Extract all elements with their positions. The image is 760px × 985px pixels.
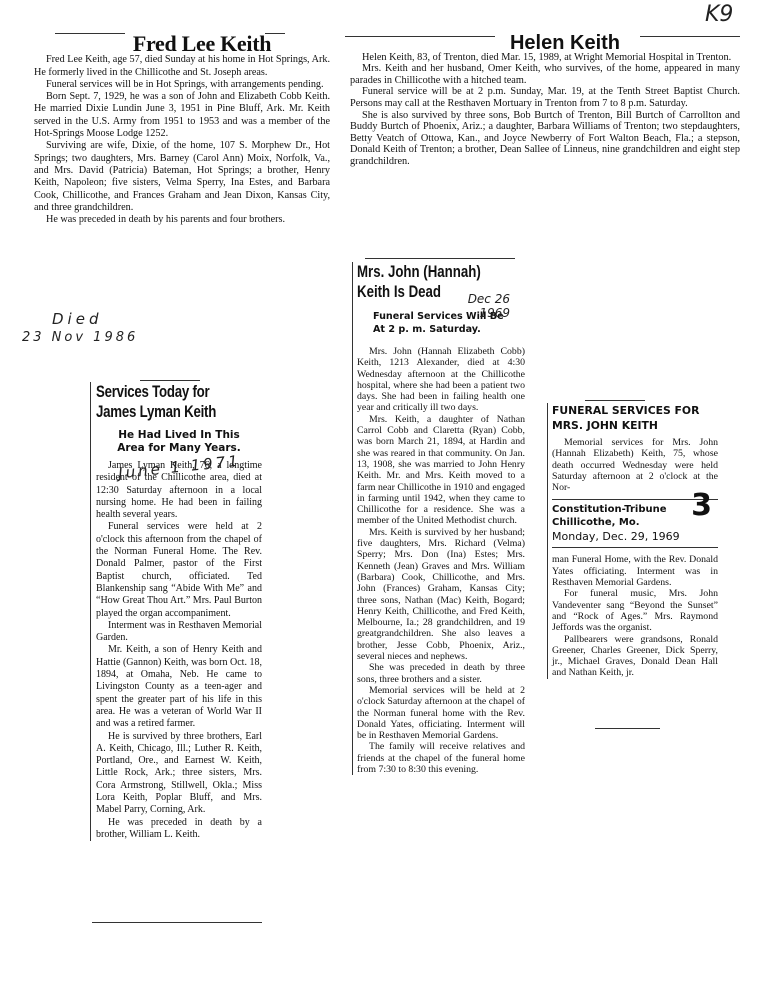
divider (640, 36, 740, 37)
paragraph: Pallbearers were grandsons, Ronald Green… (552, 634, 718, 679)
divider (140, 380, 200, 381)
paragraph: Mrs. John (Hannah Elizabeth Cobb) Keith,… (357, 346, 525, 414)
headline-line-1: Services Today for (96, 382, 225, 402)
paragraph: Funeral services were held at 2 o'clock … (96, 521, 262, 619)
paragraph: Surviving are wife, Dixie, of the home, … (34, 140, 330, 214)
subheadline-line-2: At 2 p. m. Saturday. (373, 323, 525, 336)
handwritten-note-date: 23 Nov 1986 (22, 330, 138, 345)
article-funeral-services-mrs-john-keith: FUNERAL SERVICES FOR MRS. JOHN KEITH Mem… (547, 403, 718, 679)
paragraph: She is also survived by three sons, Bob … (350, 110, 740, 168)
paragraph: Interment was in Resthaven Memorial Gard… (96, 620, 262, 645)
headline: Helen Keith (390, 38, 740, 50)
divider (365, 258, 515, 259)
divider (92, 922, 262, 923)
handwritten-note-date: Dec 26 1969 (450, 292, 510, 320)
paragraph: Mr. Keith, a son of Henry Keith and Hatt… (96, 644, 262, 730)
paragraph: The family will receive relatives and fr… (357, 741, 525, 775)
paragraph: Born Sept. 7, 1929, he was a son of John… (34, 91, 330, 140)
obituary-hannah-keith: Mrs. John (Hannah) Keith Is Dead Funeral… (352, 262, 525, 775)
paragraph: Mrs. Keith is survived by her husband; f… (357, 527, 525, 663)
divider (595, 728, 660, 729)
headline-line-1: Mrs. John (Hannah) (357, 262, 488, 282)
paragraph: Memorial services will be held at 2 o'cl… (357, 685, 525, 741)
paragraph: Mrs. Keith and her husband, Omer Keith, … (350, 63, 740, 86)
divider (345, 36, 495, 37)
paragraph: He was preceded in death by his parents … (34, 214, 330, 226)
newspaper-date: Monday, Dec. 29, 1969 (552, 529, 718, 544)
paragraph: He is survived by three brothers, Earl A… (96, 731, 262, 817)
newspaper-masthead: Constitution-Tribune Chillicothe, Mo. Mo… (552, 499, 718, 548)
paragraph: Helen Keith, 83, of Trenton, died Mar. 1… (350, 52, 740, 64)
obituary-fred-lee-keith: Fred Lee Keith Fred Lee Keith, age 57, d… (34, 38, 330, 226)
divider (55, 33, 125, 34)
page-number: 3 (691, 500, 712, 511)
headline: Fred Lee Keith (74, 38, 330, 50)
paragraph: Funeral service will be at 2 p.m. Sunday… (350, 86, 740, 109)
headline-line-2: MRS. JOHN KEITH (552, 418, 718, 433)
divider (585, 400, 645, 401)
handwritten-note-died: Died (52, 310, 102, 328)
paragraph: Fred Lee Keith, age 57, died Sunday at h… (34, 54, 330, 79)
obituary-james-lyman-keith: Services Today for James Lyman Keith He … (90, 382, 262, 841)
obituary-helen-keith: Helen Keith Helen Keith, 83, of Trenton,… (350, 38, 740, 168)
headline-line-1: FUNERAL SERVICES FOR (552, 403, 718, 418)
paragraph: Funeral services will be in Hot Springs,… (34, 79, 330, 91)
paragraph: Mrs. Keith, a daughter of Nathan Carrol … (357, 414, 525, 527)
paragraph: She was preceded in death by three sons,… (357, 662, 525, 685)
paragraph: man Funeral Home, with the Rev. Donald Y… (552, 554, 718, 588)
paragraph: Memorial services for Mrs. John (Hannah … (552, 437, 718, 493)
paragraph: For funeral music, Mrs. John Vandeventer… (552, 588, 718, 633)
paragraph: He was preceded in death by a brother, W… (96, 817, 262, 842)
handwritten-page-mark: K9 (705, 2, 733, 27)
headline-line-2: James Lyman Keith (96, 402, 225, 422)
